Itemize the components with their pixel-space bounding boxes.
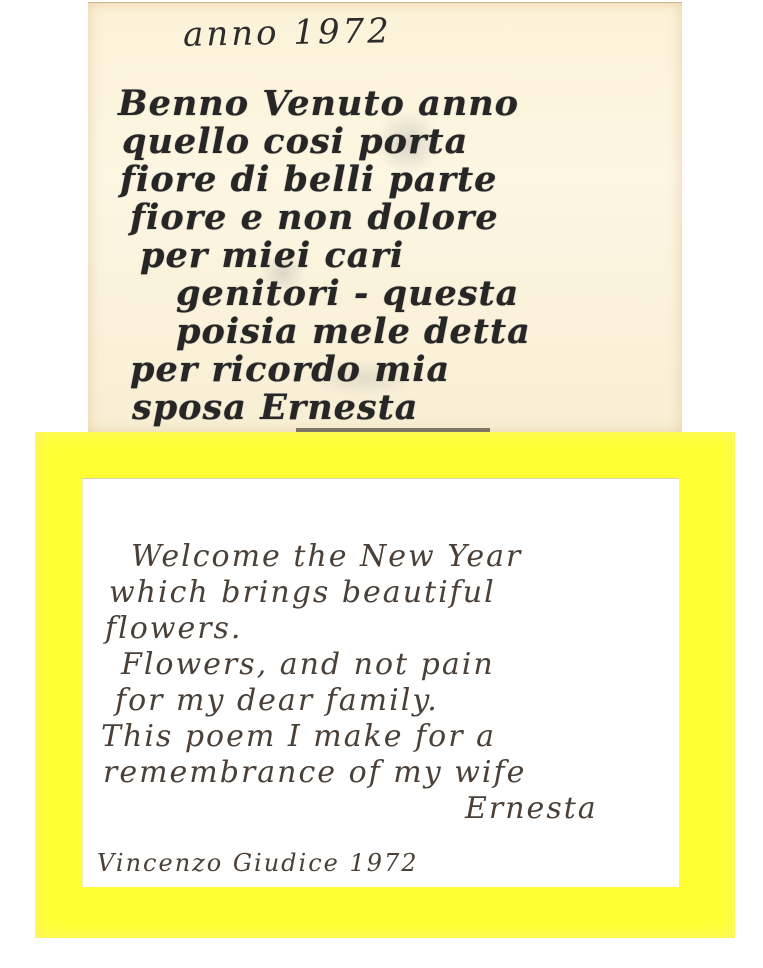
note-line: genitori - questa (116, 275, 676, 313)
note-line: quello cosi porta (116, 123, 676, 161)
translation-line: Flowers, and not pain (95, 647, 675, 683)
note-line: per ricordo mia (116, 351, 676, 389)
note-line: Benno Venuto anno (116, 85, 676, 123)
translation-line: remembrance of my wife (95, 755, 675, 791)
original-italian-note-card: anno 1972 Benno Venuto anno quello cosi … (88, 2, 682, 433)
note-body: Benno Venuto anno quello cosi porta fior… (116, 85, 676, 427)
signature: Vincenzo Giudice 1972 (97, 849, 419, 877)
translation-body: Welcome the New Year which brings beauti… (95, 539, 675, 827)
english-translation-card: Welcome the New Year which brings beauti… (82, 478, 679, 887)
translation-line: This poem I make for a (95, 719, 675, 755)
note-line: fiore di belli parte (116, 161, 676, 199)
note-line: per miei cari (116, 237, 676, 275)
translation-line: which brings beautiful (95, 575, 675, 611)
note-title: anno 1972 (183, 11, 393, 55)
translation-line: for my dear family. (95, 683, 675, 719)
translation-line: Ernesta (95, 791, 675, 827)
note-line: fiore e non dolore (116, 199, 676, 237)
note-line: poisia mele detta (116, 313, 676, 351)
note-line: sposa Ernesta (116, 389, 676, 427)
translation-line: Welcome the New Year (95, 539, 675, 575)
translation-line: flowers. (95, 611, 675, 647)
